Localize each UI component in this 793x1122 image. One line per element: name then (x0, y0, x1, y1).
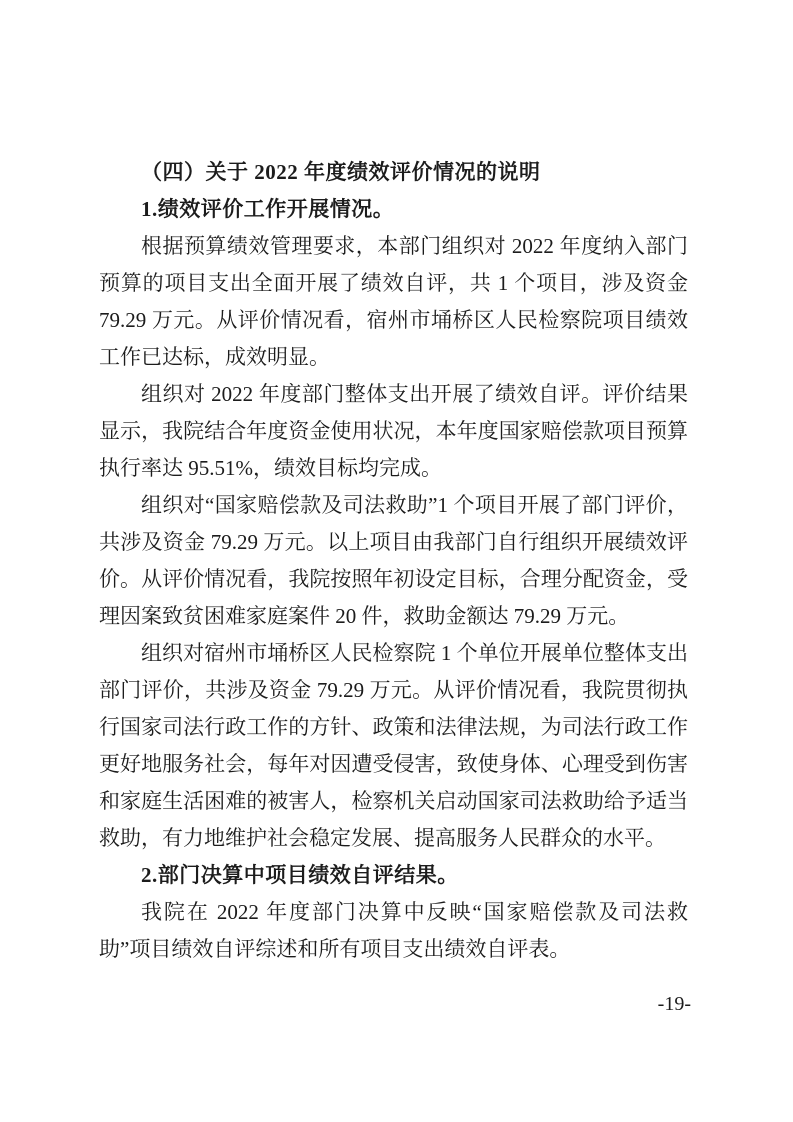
document-page: （四）关于 2022 年度绩效评价情况的说明 1.绩效评价工作开展情况。 根据预… (0, 0, 793, 1122)
subsection-1-heading: 1.绩效评价工作开展情况。 (99, 191, 688, 228)
paragraph: 我院在 2022 年度部门决算中反映“国家赔偿款及司法救助”项目绩效自评综述和所… (99, 894, 688, 968)
paragraph: 根据预算绩效管理要求，本部门组织对 2022 年度纳入部门预算的项目支出全面开展… (99, 228, 688, 376)
paragraph: 组织对宿州市埇桥区人民检察院 1 个单位开展单位整体支出部门评价，共涉及资金 7… (99, 635, 688, 857)
paragraph: 组织对 2022 年度部门整体支出开展了绩效自评。评价结果显示，我院结合年度资金… (99, 376, 688, 487)
subsection-2-heading: 2.部门决算中项目绩效自评结果。 (99, 857, 688, 894)
section-heading: （四）关于 2022 年度绩效评价情况的说明 (99, 154, 688, 191)
page-number: -19- (99, 986, 691, 1023)
paragraph: 组织对“国家赔偿款及司法救助”1 个项目开展了部门评价，共涉及资金 79.29 … (99, 487, 688, 635)
document-body: （四）关于 2022 年度绩效评价情况的说明 1.绩效评价工作开展情况。 根据预… (99, 154, 688, 968)
